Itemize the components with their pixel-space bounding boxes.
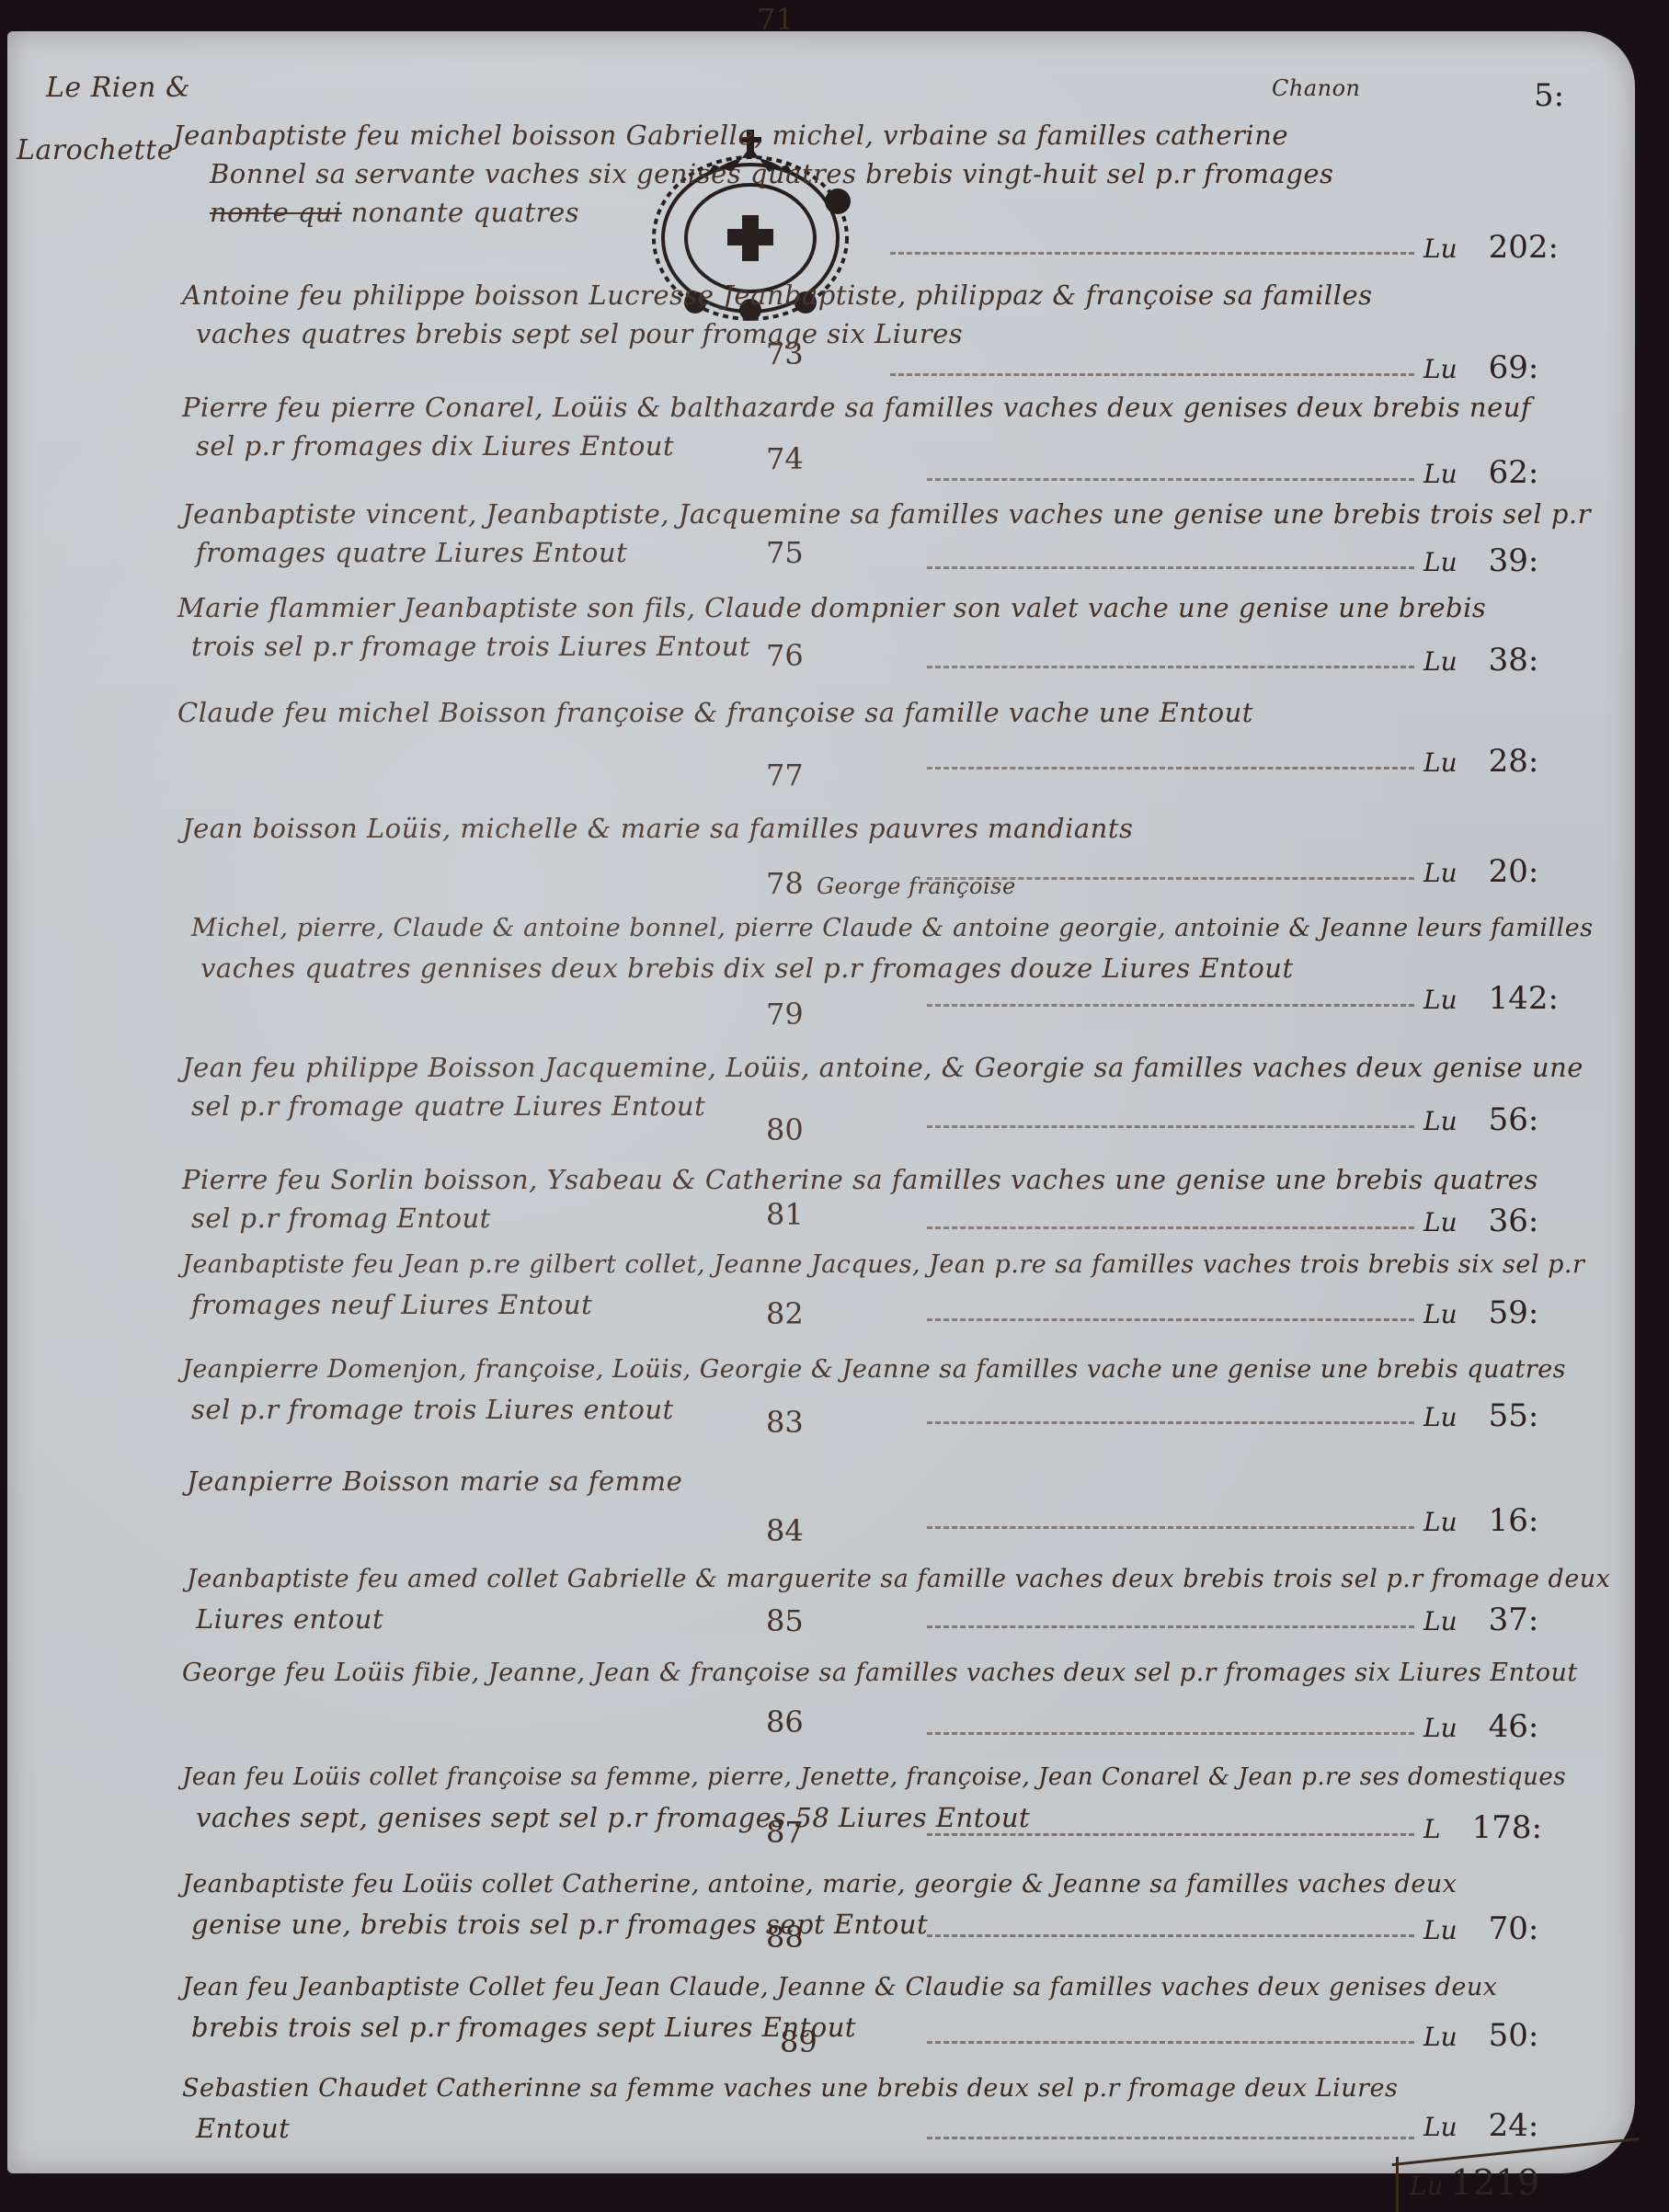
entry-number: 85 <box>766 1603 804 1638</box>
amount-value: 56 <box>1489 1101 1528 1138</box>
livre-prefix: Lu <box>1423 747 1458 778</box>
amount-value: 37 <box>1489 1602 1528 1638</box>
leader-dots <box>927 1625 1414 1630</box>
entry-number: 79 <box>766 997 804 1032</box>
entry-line: Michel, pierre, Claude & antoine bonnel,… <box>191 914 1594 942</box>
livre-prefix: Lu <box>1423 985 1458 1015</box>
entry-line: Marie flammier Jeanbaptiste son fils, Cl… <box>177 592 1486 623</box>
livre-prefix: Lu <box>1423 1299 1458 1329</box>
amount-value: 59 <box>1489 1294 1528 1331</box>
amount-value: 24 <box>1489 2107 1528 2144</box>
entry-number: 77 <box>766 758 804 792</box>
total-value: 1219 <box>1451 2162 1540 2203</box>
amount-value: 50 <box>1489 2017 1528 2054</box>
entry-line: Pierre feu Sorlin boisson, Ysabeau & Cat… <box>182 1164 1538 1195</box>
entry-number: 80 <box>766 1112 804 1147</box>
manuscript-page: Le Rien & Larochette 71 Chanon Jeanbapti… <box>7 31 1635 2173</box>
entry-number: 78 <box>766 866 804 901</box>
amount-value: 62 <box>1489 454 1528 491</box>
amount: Lu37: <box>1423 1602 1538 1638</box>
leader-dots <box>927 767 1414 771</box>
entry-number: 87 <box>766 1815 804 1850</box>
livre-prefix: Lu <box>1423 547 1458 577</box>
amount-value: 70 <box>1489 1910 1528 1947</box>
livre-prefix: Lu <box>1410 2171 1444 2201</box>
leader-dots <box>927 478 1414 483</box>
livre-prefix: Lu <box>1423 459 1458 489</box>
amount-value: 38 <box>1489 642 1528 678</box>
entry-line: sel p.r fromage trois Liures entout <box>191 1394 674 1425</box>
entry-line: Antoine feu philippe boisson Lucresse Je… <box>182 279 1373 311</box>
amount: Lu56: <box>1423 1101 1538 1138</box>
entry-number: 74 <box>766 441 804 476</box>
livre-prefix: Lu <box>1423 1402 1458 1432</box>
leader-dots <box>927 1318 1414 1323</box>
livre-prefix: Lu <box>1423 1106 1458 1136</box>
entry-number: 71 <box>757 2 794 37</box>
leader-dots <box>890 252 1414 257</box>
leader-dots <box>927 2137 1414 2141</box>
entry-line: Jeanbaptiste feu Loüis collet Catherine,… <box>182 1870 1458 1898</box>
entry-annotation: George françoise <box>817 873 1016 899</box>
amount: L178: <box>1423 1809 1542 1846</box>
livre-prefix: Lu <box>1423 234 1458 264</box>
entry-line: Jean feu philippe Boisson Jacquemine, Lo… <box>182 1052 1583 1083</box>
entry-line: nonte qui nonante quatres <box>210 197 579 228</box>
leader-dots <box>927 1125 1414 1130</box>
livre-prefix: Lu <box>1423 2022 1458 2052</box>
amount-value: 55 <box>1489 1397 1528 1434</box>
amount-value: 39 <box>1489 542 1528 579</box>
amount-value: 178 <box>1472 1809 1532 1846</box>
entry-number: 73 <box>766 336 804 371</box>
entry-line: George feu Loüis fibie, Jeanne, Jean & f… <box>182 1659 1578 1687</box>
entry-line: Sebastien Chaudet Catherinne sa femme va… <box>182 2074 1398 2103</box>
entry-number: 82 <box>766 1296 804 1331</box>
livre-prefix: Lu <box>1423 1713 1458 1743</box>
amount-value: 20 <box>1489 853 1528 890</box>
amount: Lu24: <box>1423 2107 1538 2144</box>
entry-line: Jeanbaptiste feu Jean p.re gilbert colle… <box>182 1250 1584 1279</box>
margin-note-line-1: Le Rien & <box>46 72 190 104</box>
livre-prefix: L <box>1423 1814 1441 1844</box>
entry-line: sel p.r fromag Entout <box>191 1203 491 1234</box>
amount: Lu16: <box>1423 1502 1538 1539</box>
amount-value: 142 <box>1489 980 1549 1017</box>
entry-line: vaches quatres gennises deux brebis dix … <box>200 952 1294 984</box>
entry-line: Jeanbaptiste feu michel boisson Gabriell… <box>173 120 1288 151</box>
leader-dots <box>890 373 1414 378</box>
livre-prefix: Lu <box>1423 2112 1458 2142</box>
amount: Lu39: <box>1423 542 1538 579</box>
amount-value: 69 <box>1489 349 1528 386</box>
amount: Lu20: <box>1423 853 1538 890</box>
leader-dots <box>927 2041 1414 2046</box>
entry-line: sel p.r fromage quatre Liures Entout <box>191 1090 705 1122</box>
entry-annotation: Chanon <box>1272 75 1361 101</box>
leader-dots <box>927 1004 1414 1009</box>
entry-line: Jeanpierre Domenjon, françoise, Loüis, G… <box>182 1355 1566 1384</box>
amount: Lu36: <box>1423 1203 1538 1239</box>
livre-prefix: Lu <box>1423 1915 1458 1945</box>
amount: Lu69: <box>1423 349 1538 386</box>
entry-line: vaches quatres brebis sept sel pour from… <box>196 318 963 349</box>
entry-line: brebis trois sel p.r fromages sept Liure… <box>191 2012 856 2043</box>
entry-number: 76 <box>766 638 804 673</box>
entry-number: 88 <box>766 1920 804 1955</box>
amount: Lu28: <box>1423 743 1538 780</box>
amount-value: 36 <box>1489 1203 1528 1239</box>
entry-number: 75 <box>766 535 804 570</box>
amount: Lu70: <box>1423 1910 1538 1947</box>
entry-line: Jean feu Loüis collet françoise sa femme… <box>182 1763 1566 1791</box>
leader-dots <box>927 566 1414 571</box>
amount-value: 46 <box>1489 1708 1528 1745</box>
amount-value: 16 <box>1489 1502 1528 1539</box>
entry-line: Pierre feu pierre Conarel, Loüis & balth… <box>182 392 1531 423</box>
amount: Lu142: <box>1423 980 1559 1017</box>
entry-line: Jeanbaptiste feu amed collet Gabrielle &… <box>187 1565 1610 1593</box>
amount: Lu50: <box>1423 2017 1538 2054</box>
leader-dots <box>927 1833 1414 1838</box>
entry-line: Bonnel sa servante vaches six genises qu… <box>210 158 1333 189</box>
entry-line: Liures entout <box>196 1603 383 1635</box>
leader-dots <box>927 666 1414 670</box>
entry-line: Entout <box>196 2113 290 2144</box>
livre-prefix: Lu <box>1423 646 1458 677</box>
total-bracket <box>1396 2157 1399 2206</box>
entry-line: Jeanpierre Boisson marie sa femme <box>187 1465 682 1497</box>
amount-value: 5: <box>1534 77 1564 114</box>
livre-prefix: Lu <box>1423 1207 1458 1237</box>
page-total: Lu1219 <box>1410 2162 1539 2203</box>
struck-text: nonte qui <box>210 197 342 228</box>
leader-dots <box>927 1226 1414 1231</box>
entry-line: Jeanbaptiste vincent, Jeanbaptiste, Jacq… <box>182 498 1591 530</box>
livre-prefix: Lu <box>1423 858 1458 888</box>
livre-prefix: Lu <box>1423 1606 1458 1636</box>
entry-number: 89 <box>780 2024 817 2059</box>
margin-note-line-2: Larochette <box>17 134 174 166</box>
amount: Lu59: <box>1423 1294 1538 1331</box>
amount: Lu38: <box>1423 642 1538 678</box>
amount: Lu62: <box>1423 454 1538 491</box>
entry-line: genise une, brebis trois sel p.r fromage… <box>191 1909 928 1940</box>
entry-number: 84 <box>766 1513 804 1548</box>
entry-number: 86 <box>766 1705 804 1739</box>
leader-dots <box>927 1732 1414 1737</box>
leader-dots <box>927 1526 1414 1531</box>
entry-number: 83 <box>766 1405 804 1440</box>
entry-number: 81 <box>766 1197 804 1232</box>
entry-line: Jean boisson Loüis, michelle & marie sa … <box>182 813 1133 844</box>
leader-dots <box>927 1934 1414 1939</box>
entry-line: vaches sept, genises sept sel p.r fromag… <box>196 1802 1030 1833</box>
entry-line: trois sel p.r fromage trois Liures Entou… <box>191 631 750 662</box>
entry-line: sel p.r fromages dix Liures Entout <box>196 430 674 462</box>
livre-prefix: Lu <box>1423 354 1458 384</box>
entry-line: fromages neuf Liures Entout <box>191 1289 592 1320</box>
entry-line: Jean feu Jeanbaptiste Collet feu Jean Cl… <box>182 1973 1497 2001</box>
amount: Lu55: <box>1423 1397 1538 1434</box>
livre-prefix: Lu <box>1423 1507 1458 1537</box>
amount: Lu202: <box>1423 229 1559 266</box>
leader-dots <box>927 1421 1414 1426</box>
entry-line: fromages quatre Liures Entout <box>196 537 627 568</box>
entry-line-text: nonante quatres <box>351 197 579 228</box>
amount: Lu46: <box>1423 1708 1538 1745</box>
amount-value: 28 <box>1489 743 1528 780</box>
entry-line: Claude feu michel Boisson françoise & fr… <box>177 697 1253 728</box>
